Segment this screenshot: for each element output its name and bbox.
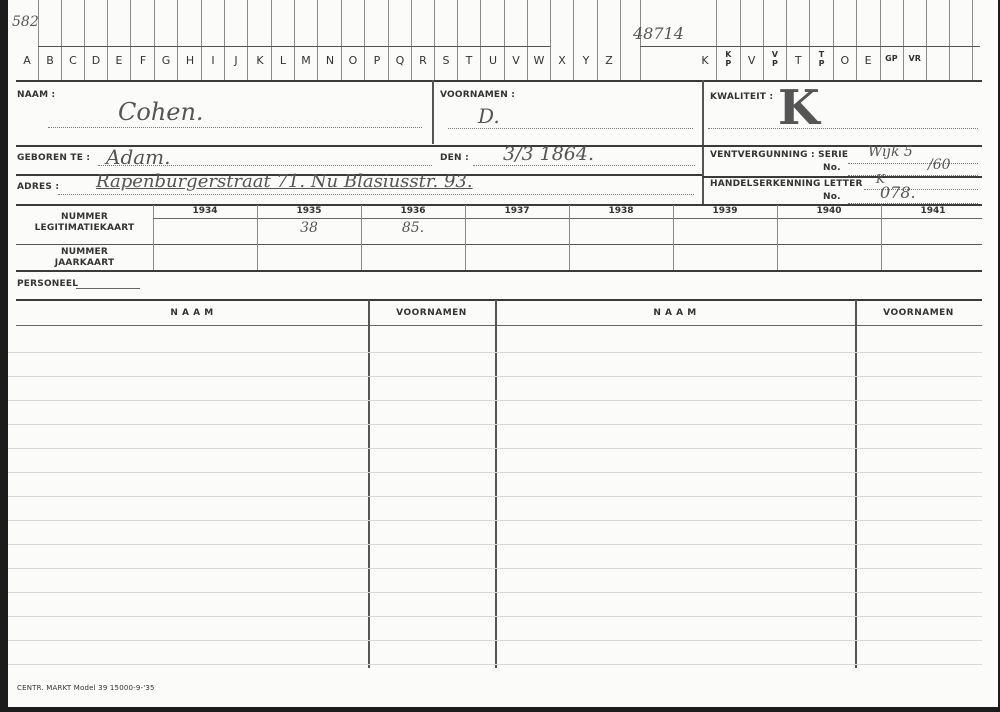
tab-divider [903, 0, 904, 80]
personnel-row-rule [8, 520, 982, 521]
personnel-header-voornamen-1: VOORNAMEN [368, 308, 495, 318]
alphabet-tab-n[interactable]: N [319, 54, 341, 67]
tab-divider [856, 0, 857, 80]
personnel-row-rule [8, 616, 982, 617]
handelserkenning-label: HANDELSERKENNING LETTER [710, 179, 863, 189]
category-tab[interactable]: GP [880, 54, 902, 63]
category-tab-top: K [694, 54, 716, 67]
alphabet-tab-c[interactable]: C [62, 54, 84, 67]
corner-number: 582 [12, 14, 39, 30]
legitimatiekaart-cell[interactable]: 85. [361, 220, 465, 236]
year-header: 1934 [153, 206, 257, 216]
tab-divider [177, 0, 178, 80]
alphabet-tab-q[interactable]: Q [389, 54, 411, 67]
legitimatiekaart-cell[interactable]: 38 [257, 220, 361, 236]
category-tab[interactable]: VP [764, 50, 786, 68]
tab-divider [130, 0, 131, 80]
ventvergunning-no-value: /60 [928, 157, 951, 173]
legitimatiekaart-label-1: NUMMER [16, 212, 153, 222]
geboren-te-label: GEBOREN TE : [17, 153, 90, 163]
alphabet-tab-p[interactable]: P [366, 54, 388, 67]
category-tab-top: VR [904, 54, 926, 63]
alphabet-tab-t[interactable]: T [458, 54, 480, 67]
year-header: 1936 [361, 206, 465, 216]
tab-divider [550, 0, 551, 80]
footer-imprint: CENTR. MARKT Model 39 15000-9-'35 [17, 684, 155, 692]
registration-card: 582 48714 ABCDEFGHIJKLMNOPQRSTUVWXYZ KKP… [8, 0, 998, 707]
category-tab[interactable]: T [787, 54, 809, 67]
category-tab-bottom: P [717, 59, 739, 68]
handelserkenning-no-label: No. [823, 192, 841, 202]
tab-divider [833, 0, 834, 80]
tab-divider [271, 0, 272, 80]
tab-divider [434, 0, 435, 80]
jaarkaart-label-2: JAARKAART [16, 258, 153, 268]
category-tab[interactable]: V [741, 54, 763, 67]
alphabet-tab-w[interactable]: W [528, 54, 550, 67]
alphabet-tab-r[interactable]: R [412, 54, 434, 67]
tab-divider [949, 0, 950, 80]
alphabet-tab-s[interactable]: S [435, 54, 457, 67]
adres-value: Rapenburgerstraat 71. Nu Blasiusstr. 93. [96, 171, 473, 192]
personnel-row-rule [8, 664, 982, 665]
alphabet-tab-m[interactable]: M [295, 54, 317, 67]
year-header: 1938 [569, 206, 673, 216]
tab-divider [786, 0, 787, 80]
tab-divider [809, 0, 810, 80]
year-header: 1939 [673, 206, 777, 216]
personeel-label: PERSONEEL [17, 279, 78, 289]
alphabet-tab-y[interactable]: Y [575, 54, 597, 67]
year-header: 1940 [777, 206, 881, 216]
tab-divider [341, 0, 342, 80]
file-number: 48714 [633, 24, 684, 43]
tab-divider [620, 0, 621, 80]
tab-divider [247, 0, 248, 80]
category-tab-top: GP [880, 54, 902, 63]
category-tab[interactable]: O [834, 54, 856, 67]
ventvergunning-no-label: No. [823, 163, 841, 173]
alphabet-tab-i[interactable]: I [202, 54, 224, 67]
category-tab-top: V [741, 54, 763, 67]
tab-divider [154, 0, 155, 80]
category-tab-top: K [717, 50, 739, 59]
personnel-row-rule [8, 592, 982, 593]
tab-divider [388, 0, 389, 80]
personnel-row-rule [8, 472, 982, 473]
personnel-row-rule [8, 544, 982, 545]
alphabet-tab-b[interactable]: B [39, 54, 61, 67]
personnel-row-rule [8, 352, 982, 353]
ventvergunning-label: VENTVERGUNNING : SERIE [710, 150, 848, 160]
year-header: 1937 [465, 206, 569, 216]
alphabet-tab-g[interactable]: G [155, 54, 177, 67]
tab-divider [716, 0, 717, 80]
den-value: 3/3 1864. [503, 143, 594, 165]
alphabet-tab-u[interactable]: U [482, 54, 504, 67]
year-header: 1935 [257, 206, 361, 216]
category-tab[interactable]: E [857, 54, 879, 67]
alphabet-tab-d[interactable]: D [85, 54, 107, 67]
tab-divider [294, 0, 295, 80]
alphabet-tab-z[interactable]: Z [598, 54, 620, 67]
tab-divider [504, 0, 505, 80]
tab-divider [107, 0, 108, 80]
personnel-row-rule [8, 424, 982, 425]
category-tab-top: T [811, 50, 833, 59]
tab-divider [480, 0, 481, 80]
personnel-header-naam-2: N A A M [495, 308, 855, 318]
handelserkenning-no-value: 078. [880, 183, 916, 202]
den-label: DEN : [440, 153, 469, 163]
tab-divider [364, 0, 365, 80]
personnel-row-rule [8, 640, 982, 641]
alphabet-tab-x[interactable]: X [551, 54, 573, 67]
category-tab-bottom: P [764, 59, 786, 68]
alphabet-tab-h[interactable]: H [179, 54, 201, 67]
ventvergunning-serie-value: Wijk 5 [868, 144, 913, 160]
tab-divider [763, 0, 764, 80]
jaarkaart-label-1: NUMMER [16, 247, 153, 257]
personnel-row-rule [8, 400, 982, 401]
category-tab[interactable]: VR [904, 54, 926, 63]
tab-divider [457, 0, 458, 80]
category-tab-bottom: P [811, 59, 833, 68]
category-tab-top: O [834, 54, 856, 67]
alphabet-tab-k[interactable]: K [249, 54, 271, 67]
alphabet-tab-j[interactable]: J [225, 54, 247, 67]
tab-divider [201, 0, 202, 80]
adres-label: ADRES : [17, 182, 59, 192]
personnel-row-rule [8, 376, 982, 377]
tab-divider [84, 0, 85, 80]
year-header: 1941 [881, 206, 985, 216]
tab-divider [38, 0, 39, 80]
voornamen-label: VOORNAMEN : [440, 90, 515, 100]
category-tab[interactable]: TP [811, 50, 833, 68]
tab-divider [527, 0, 528, 80]
alphabet-tab-a[interactable]: A [16, 54, 38, 67]
category-tab[interactable]: KP [717, 50, 739, 68]
personnel-header-voornamen-2: VOORNAMEN [855, 308, 982, 318]
personnel-row-rule [8, 448, 982, 449]
tab-divider [597, 0, 598, 80]
tab-divider [61, 0, 62, 80]
category-tab[interactable]: K [694, 54, 716, 67]
category-tab-top: E [857, 54, 879, 67]
personnel-row-rule [8, 496, 982, 497]
alphabet-tab-f[interactable]: F [132, 54, 154, 67]
personnel-row-rule [8, 568, 982, 569]
tab-divider [926, 0, 927, 80]
kwaliteit-label: KWALITEIT : [710, 92, 773, 102]
category-tab-top: T [787, 54, 809, 67]
tab-divider [317, 0, 318, 80]
category-tab-top: V [764, 50, 786, 59]
tab-divider [972, 0, 973, 80]
tab-divider [411, 0, 412, 80]
naam-label: NAAM : [17, 90, 55, 100]
legitimatiekaart-label-2: LEGITIMATIEKAART [16, 223, 153, 233]
tab-divider [224, 0, 225, 80]
voornamen-value: D. [478, 104, 500, 128]
alphabet-tab-v[interactable]: V [505, 54, 527, 67]
personnel-header-naam-1: N A A M [16, 308, 368, 318]
alphabet-tab-o[interactable]: O [342, 54, 364, 67]
alphabet-tab-l[interactable]: L [272, 54, 294, 67]
alphabet-tab-e[interactable]: E [108, 54, 130, 67]
tab-divider [880, 0, 881, 80]
naam-value: Cohen. [118, 98, 204, 126]
tab-divider [740, 0, 741, 80]
tab-divider [573, 0, 574, 80]
